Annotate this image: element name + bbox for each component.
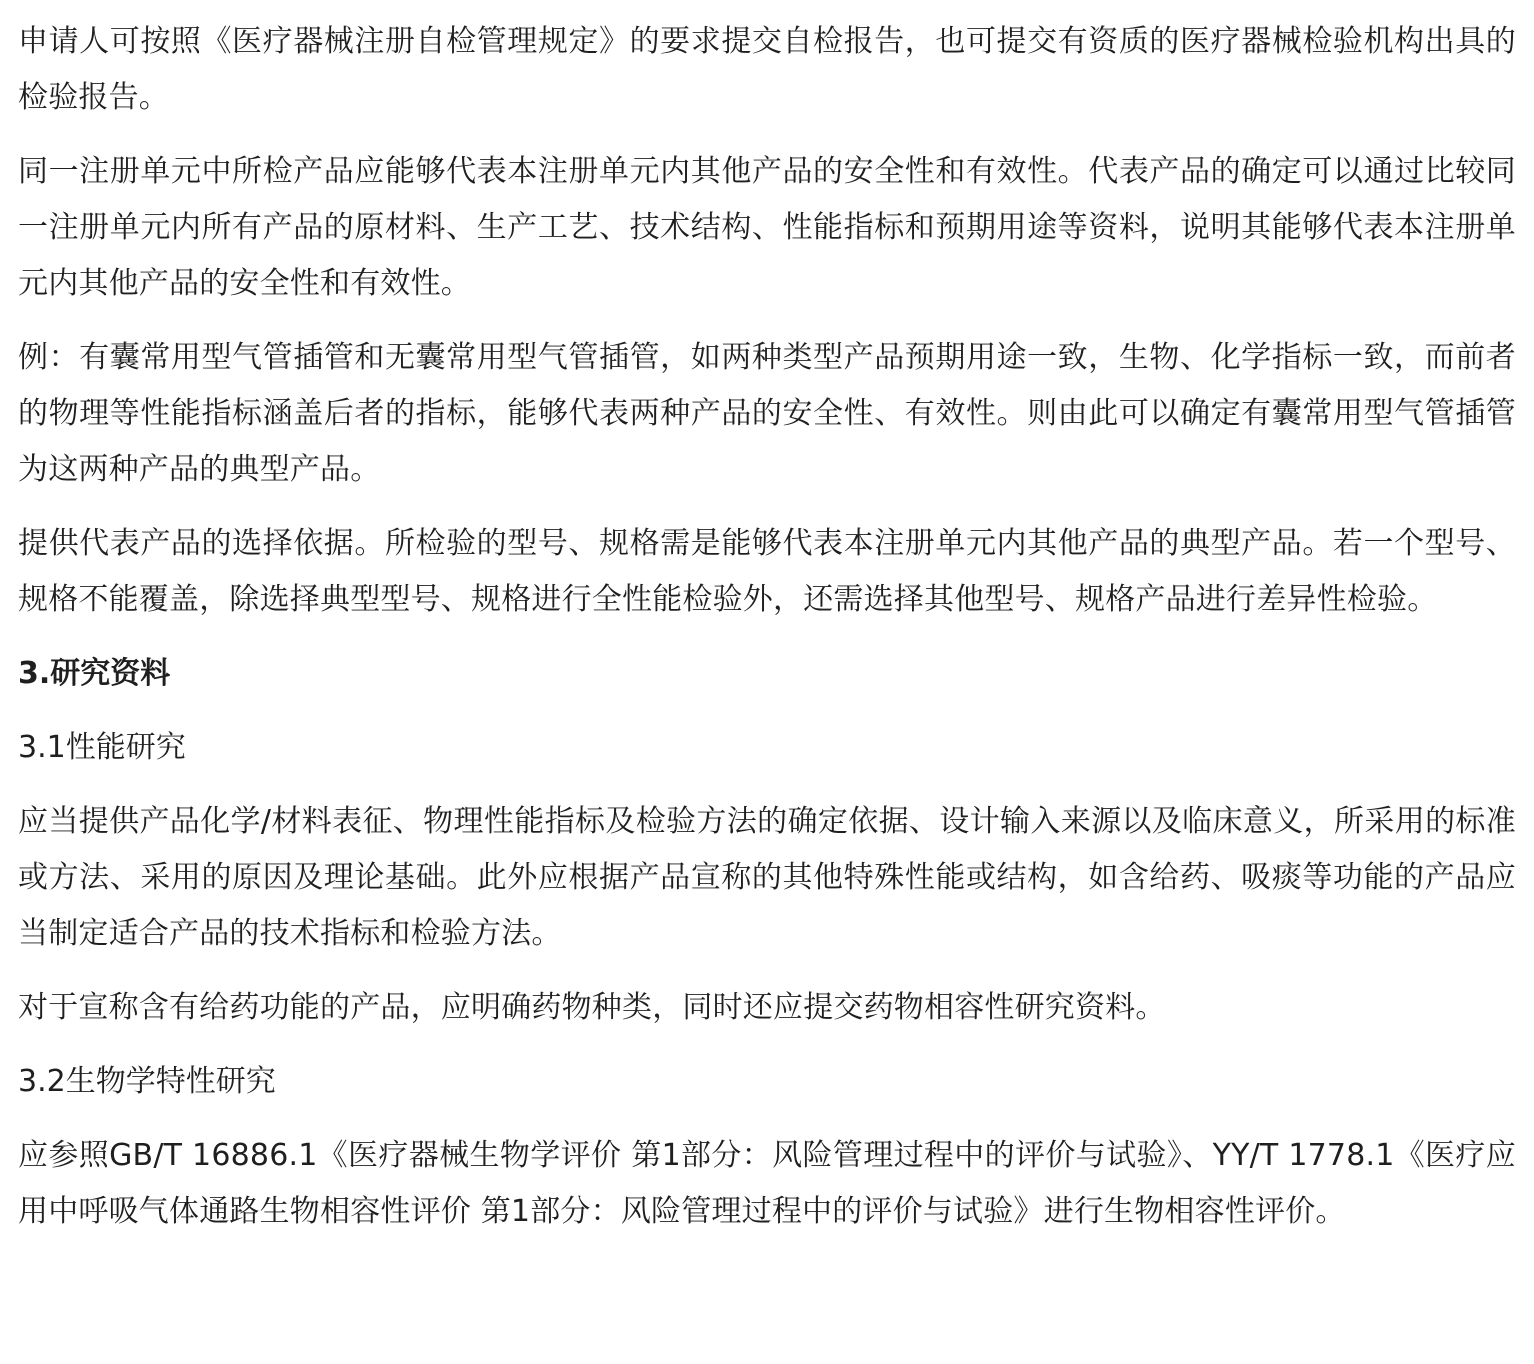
section-title-research-data: 3.研究资料 bbox=[18, 646, 1516, 702]
paragraph-performance-indicators: 应当提供产品化学/材料表征、物理性能指标及检验方法的确定依据、设计输入来源以及临… bbox=[18, 794, 1516, 962]
paragraph-drug-compatibility: 对于宣称含有给药功能的产品，应明确药物种类，同时还应提交药物相容性研究资料。 bbox=[18, 980, 1516, 1036]
article-body: 申请人可按照《医疗器械注册自检管理规定》的要求提交自检报告，也可提交有资质的医疗… bbox=[0, 0, 1534, 1240]
subsection-title-performance-research: 3.1性能研究 bbox=[18, 720, 1516, 776]
subsection-title-biological-research: 3.2生物学特性研究 bbox=[18, 1054, 1516, 1110]
paragraph-representative-product: 同一注册单元中所检产品应能够代表本注册单元内其他产品的安全性和有效性。代表产品的… bbox=[18, 144, 1516, 312]
paragraph-example-tracheal-tube: 例：有囊常用型气管插管和无囊常用型气管插管，如两种类型产品预期用途一致，生物、化… bbox=[18, 330, 1516, 498]
paragraph-biocompatibility-standards: 应参照GB/T 16886.1《医疗器械生物学评价 第1部分：风险管理过程中的评… bbox=[18, 1128, 1516, 1240]
paragraph-selection-basis: 提供代表产品的选择依据。所检验的型号、规格需是能够代表本注册单元内其他产品的典型… bbox=[18, 516, 1516, 628]
paragraph-inspection-report: 申请人可按照《医疗器械注册自检管理规定》的要求提交自检报告，也可提交有资质的医疗… bbox=[18, 14, 1516, 126]
